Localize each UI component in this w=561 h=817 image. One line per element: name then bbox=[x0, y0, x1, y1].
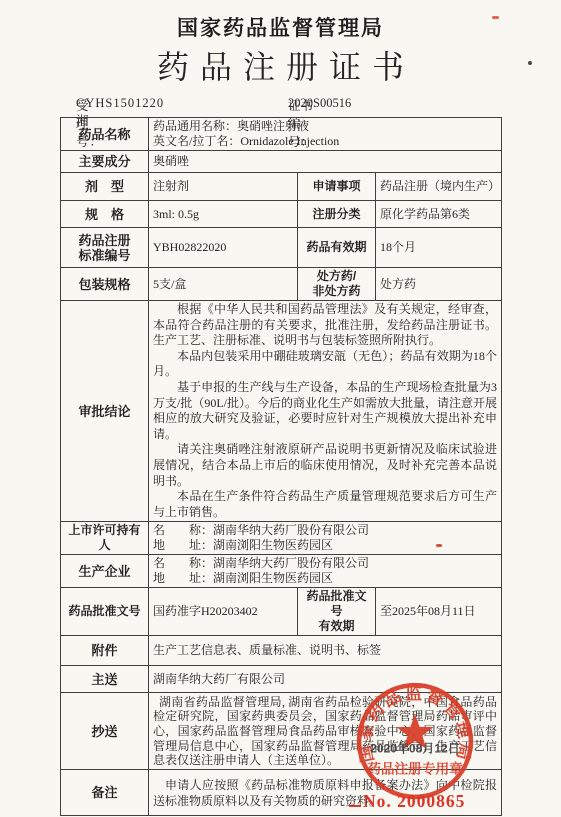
package-value: 5支/盒 bbox=[149, 268, 298, 301]
application-value: 药品注册（境内生产） bbox=[376, 173, 502, 201]
drug-validity-value: 18个月 bbox=[376, 228, 502, 268]
row-manufacturer: 生产企业 名 称：湖南华纳大药厂股份有限公司 地 址：湖南浏阳生物医药园区 bbox=[61, 555, 502, 588]
specification-value: 3ml: 0.5g bbox=[149, 201, 298, 228]
remarks-label: 备注 bbox=[61, 770, 149, 816]
seal-caption: 药品注册专用章 bbox=[367, 761, 463, 777]
row-attachments: 附件 生产工艺信息表、质量标准、说明书、标签 bbox=[61, 636, 502, 666]
standard-no-value: YBH02822020 bbox=[149, 228, 298, 268]
mah-value: 名 称：湖南华纳大药厂股份有限公司 地 址：湖南浏阳生物医药园区 bbox=[149, 522, 502, 555]
mah-label: 上市许可持有人 bbox=[61, 522, 149, 555]
approval-no-value: 国药准字H20203402 bbox=[149, 588, 298, 636]
underline-mark bbox=[349, 805, 361, 808]
package-label: 包装规格 bbox=[61, 268, 149, 301]
approval-no-label: 药品批准文号 bbox=[61, 588, 149, 636]
row-conclusion: 审批结论 根据《中华人民共和国药品管理法》及有关规定，经审查，本品符合药品注册的… bbox=[61, 301, 502, 522]
registration-class-label: 注册分类 bbox=[298, 201, 376, 228]
rx-label: 处方药/ 非处方药 bbox=[298, 268, 376, 301]
drug-validity-label: 药品有效期 bbox=[298, 228, 376, 268]
standard-no-label: 药品注册 标准编号 bbox=[61, 228, 149, 268]
approval-validity-value: 至2025年08月11日 bbox=[376, 588, 502, 636]
main-recipient-label: 主送 bbox=[61, 666, 149, 693]
approval-validity-label: 药品批准文号 有效期 bbox=[298, 588, 376, 636]
main-ingredient-label: 主要成分 bbox=[61, 151, 149, 173]
rx-value: 处方药 bbox=[376, 268, 502, 301]
application-label: 申请事项 bbox=[298, 173, 376, 201]
row-approval-no: 药品批准文号 国药准字H20203402 药品批准文号 有效期 至2025年08… bbox=[61, 588, 502, 636]
official-seal: 国家药品监督管理局 2020年08月12日 药品注册专用章 bbox=[350, 676, 480, 806]
cc-label: 抄送 bbox=[61, 693, 149, 770]
attachments-value: 生产工艺信息表、质量标准、说明书、标签 bbox=[149, 636, 502, 666]
row-drug-name: 药品名称 药品通用名称：奥硝唑注射液 英文名/拉丁名：Ornidazole In… bbox=[61, 118, 502, 151]
row-main-ingredient: 主要成分 奥硝唑 bbox=[61, 151, 502, 173]
manufacturer-value: 名 称：湖南华纳大药厂股份有限公司 地 址：湖南浏阳生物医药园区 bbox=[149, 555, 502, 588]
drug-name-label: 药品名称 bbox=[61, 118, 149, 151]
main-ingredient-value: 奥硝唑 bbox=[149, 151, 502, 173]
attachments-label: 附件 bbox=[61, 636, 149, 666]
authority-title: 国家药品监督管理局 bbox=[0, 12, 561, 42]
dosage-form-label: 剂 型 bbox=[61, 173, 149, 201]
seal-date: 2020年08月12日 bbox=[370, 741, 460, 756]
manufacturer-label: 生产企业 bbox=[61, 555, 149, 588]
scan-speck bbox=[528, 61, 532, 65]
row-dosage-form: 剂 型 注射剂 申请事项 药品注册（境内生产） bbox=[61, 173, 502, 201]
row-mah: 上市许可持有人 名 称：湖南华纳大药厂股份有限公司 地 址：湖南浏阳生物医药园区 bbox=[61, 522, 502, 555]
conclusion-label: 审批结论 bbox=[61, 301, 149, 522]
red-ink-speck-small bbox=[436, 544, 442, 547]
seal-serial-number: No. 2000865 bbox=[349, 791, 465, 812]
document-title: 药品注册证书 bbox=[0, 42, 561, 88]
dosage-form-value: 注射剂 bbox=[149, 173, 298, 201]
red-ink-speck bbox=[492, 16, 499, 19]
row-package: 包装规格 5支/盒 处方药/ 非处方药 处方药 bbox=[61, 268, 502, 301]
drug-name-value: 药品通用名称：奥硝唑注射液 英文名/拉丁名：Ornidazole Injecti… bbox=[149, 118, 502, 151]
conclusion-text: 根据《中华人民共和国药品管理法》及有关规定，经审查，本品符合药品注册的有关要求，… bbox=[149, 301, 502, 522]
specification-label: 规 格 bbox=[61, 201, 149, 228]
row-standard-no: 药品注册 标准编号 YBH02822020 药品有效期 18个月 bbox=[61, 228, 502, 268]
registration-class-value: 原化学药品第6类 bbox=[376, 201, 502, 228]
row-specification: 规 格 3ml: 0.5g 注册分类 原化学药品第6类 bbox=[61, 201, 502, 228]
certificate-page: 国家药品监督管理局 药品注册证书 受 理 号：CYHS1501220湘 证书编号… bbox=[0, 0, 561, 817]
